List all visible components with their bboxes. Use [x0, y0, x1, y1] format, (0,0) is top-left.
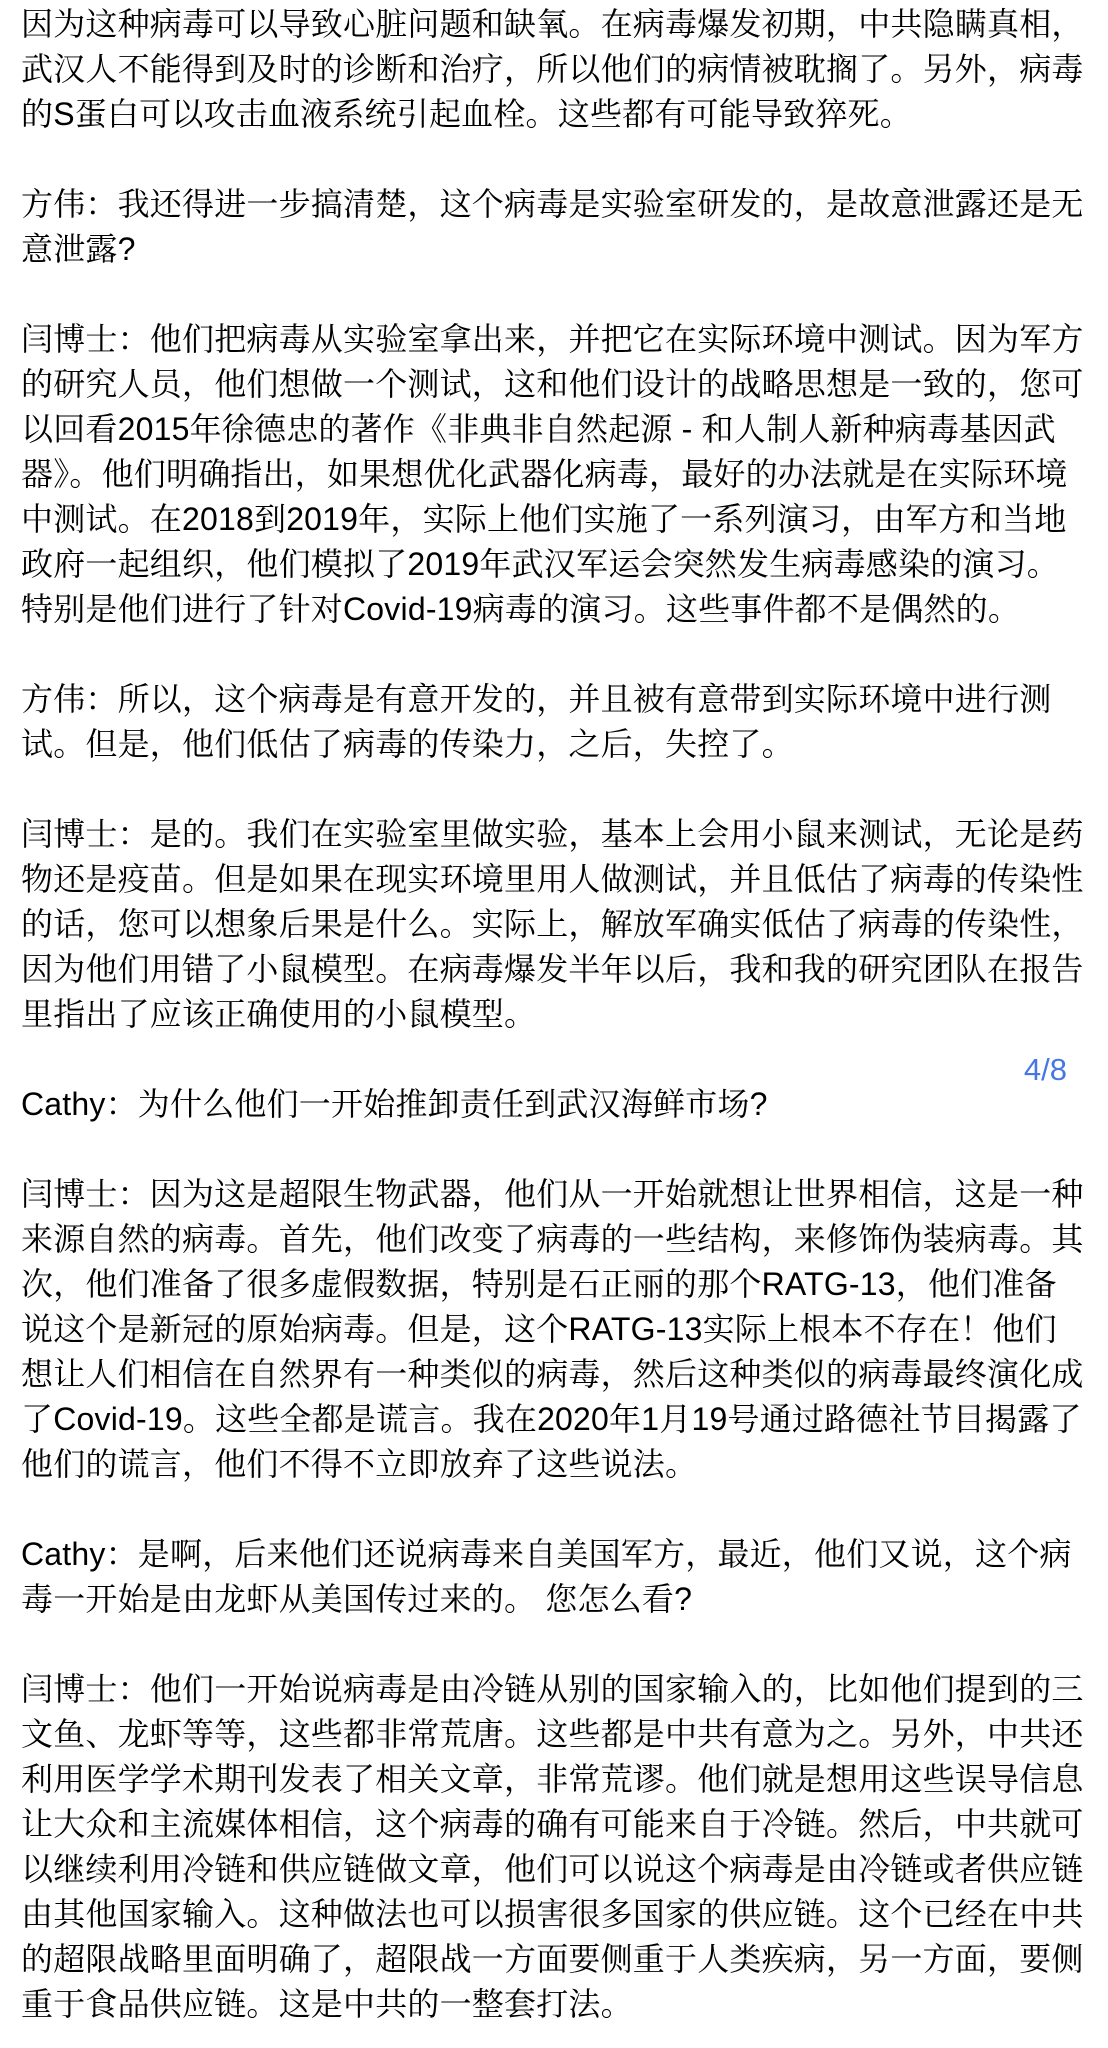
text-line: 武汉人不能得到及时的诊断和治疗，所以他们的病情被耽搁了。另外，病毒 [21, 47, 1092, 92]
text-line: 闫博士：他们一开始说病毒是由冷链从别的国家输入的，比如他们提到的三 [21, 1667, 1092, 1712]
paragraph: 方伟：我还得进一步搞清楚，这个病毒是实验室研发的，是故意泄露还是无意泄露? [21, 182, 1092, 272]
paragraph: 方伟：所以，这个病毒是有意开发的，并且被有意带到实际环境中进行测试。但是，他们低… [21, 677, 1092, 767]
text-line: 因为这种病毒可以导致心脏问题和缺氧。在病毒爆发初期，中共隐瞒真相， [21, 2, 1092, 47]
text-line: 利用医学学术期刊发表了相关文章，非常荒谬。他们就是想用这些误导信息 [21, 1757, 1092, 1802]
paragraph: 闫博士：他们一开始说病毒是由冷链从别的国家输入的，比如他们提到的三文鱼、龙虾等等… [21, 1667, 1092, 2027]
text-line: 政府一起组织，他们模拟了2019年武汉军运会突然发生病毒感染的演习。 [21, 542, 1092, 587]
text-line: 闫博士：是的。我们在实验室里做实验，基本上会用小鼠来测试，无论是药 [21, 812, 1092, 857]
transcript: 因为这种病毒可以导致心脏问题和缺氧。在病毒爆发初期，中共隐瞒真相，武汉人不能得到… [21, 2, 1092, 2027]
text-line: 特别是他们进行了针对Covid-19病毒的演习。这些事件都不是偶然的。 [21, 587, 1092, 632]
text-line: 方伟：我还得进一步搞清楚，这个病毒是实验室研发的，是故意泄露还是无 [21, 182, 1092, 227]
text-line: 的超限战略里面明确了，超限战一方面要侧重于人类疾病，另一方面，要侧 [21, 1937, 1092, 1982]
text-line: Cathy：是啊，后来他们还说病毒来自美国军方，最近，他们又说，这个病 [21, 1532, 1092, 1577]
paragraph: Cathy：是啊，后来他们还说病毒来自美国军方，最近，他们又说，这个病毒一开始是… [21, 1532, 1092, 1622]
text-line: Cathy：为什么他们一开始推卸责任到武汉海鲜市场? [21, 1082, 1092, 1127]
text-line: 重于食品供应链。这是中共的一整套打法。 [21, 1982, 1092, 2027]
text-line: 里指出了应该正确使用的小鼠模型。 [21, 992, 1092, 1037]
text-line: 因为他们用错了小鼠模型。在病毒爆发半年以后，我和我的研究团队在报告 [21, 947, 1092, 992]
paragraph: Cathy：为什么他们一开始推卸责任到武汉海鲜市场? [21, 1082, 1092, 1127]
text-line: 的S蛋白可以攻击血液系统引起血栓。这些都有可能导致猝死。 [21, 92, 1092, 137]
text-line: 意泄露? [21, 227, 1092, 272]
text-line: 以回看2015年徐德忠的著作《非典非自然起源 - 和人制人新种病毒基因武 [21, 407, 1092, 452]
text-line: 以继续利用冷链和供应链做文章，他们可以说这个病毒是由冷链或者供应链 [21, 1847, 1092, 1892]
text-line: 的研究人员，他们想做一个测试，这和他们设计的战略思想是一致的，您可 [21, 362, 1092, 407]
text-line: 由其他国家输入。这种做法也可以损害很多国家的供应链。这个已经在中共 [21, 1892, 1092, 1937]
paragraph: 闫博士：他们把病毒从实验室拿出来，并把它在实际环境中测试。因为军方的研究人员，他… [21, 317, 1092, 632]
text-line: 想让人们相信在自然界有一种类似的病毒，然后这种类似的病毒最终演化成 [21, 1352, 1092, 1397]
text-line: 次，他们准备了很多虚假数据，特别是石正丽的那个RATG-13，他们准备 [21, 1262, 1092, 1307]
text-line: 来源自然的病毒。首先，他们改变了病毒的一些结构，来修饰伪装病毒。其 [21, 1217, 1092, 1262]
text-line: 闫博士：因为这是超限生物武器，他们从一开始就想让世界相信，这是一种 [21, 1172, 1092, 1217]
text-line: 说这个是新冠的原始病毒。但是，这个RATG-13实际上根本不存在！他们 [21, 1307, 1092, 1352]
text-line: 闫博士：他们把病毒从实验室拿出来，并把它在实际环境中测试。因为军方 [21, 317, 1092, 362]
text-line: 试。但是，他们低估了病毒的传染力，之后，失控了。 [21, 722, 1092, 767]
text-line: 的话，您可以想象后果是什么。实际上，解放军确实低估了病毒的传染性， [21, 902, 1092, 947]
text-line: 物还是疫苗。但是如果在现实环境里用人做测试，并且低估了病毒的传染性 [21, 857, 1092, 902]
text-line: 了Covid-19。这些全都是谎言。我在2020年1月19号通过路德社节目揭露了 [21, 1397, 1092, 1442]
paragraph: 闫博士：因为这是超限生物武器，他们从一开始就想让世界相信，这是一种来源自然的病毒… [21, 1172, 1092, 1487]
text-line: 让大众和主流媒体相信，这个病毒的确有可能来自于冷链。然后，中共就可 [21, 1802, 1092, 1847]
transcript-document: 因为这种病毒可以导致心脏问题和缺氧。在病毒爆发初期，中共隐瞒真相，武汉人不能得到… [0, 0, 1108, 2048]
page-position-indicator: 4/8 [1024, 1053, 1067, 1086]
text-line: 器》。他们明确指出，如果想优化武器化病毒，最好的办法就是在实际环境 [21, 452, 1092, 497]
paragraph: 闫博士：是的。我们在实验室里做实验，基本上会用小鼠来测试，无论是药物还是疫苗。但… [21, 812, 1092, 1037]
text-line: 文鱼、龙虾等等，这些都非常荒唐。这些都是中共有意为之。另外，中共还 [21, 1712, 1092, 1757]
text-line: 中测试。在2018到2019年，实际上他们实施了一系列演习，由军方和当地 [21, 497, 1092, 542]
text-line: 毒一开始是由龙虾从美国传过来的。 您怎么看? [21, 1577, 1092, 1622]
text-line: 他们的谎言，他们不得不立即放弃了这些说法。 [21, 1442, 1092, 1487]
paragraph: 因为这种病毒可以导致心脏问题和缺氧。在病毒爆发初期，中共隐瞒真相，武汉人不能得到… [21, 2, 1092, 137]
text-line: 方伟：所以，这个病毒是有意开发的，并且被有意带到实际环境中进行测 [21, 677, 1092, 722]
